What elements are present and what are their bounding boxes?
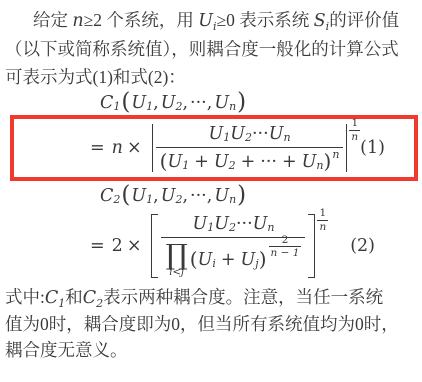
left-paren: (	[121, 91, 130, 114]
ellipsis: ···	[190, 186, 207, 206]
var-U: U	[253, 214, 268, 234]
plus-sign: +	[221, 250, 236, 270]
exponent-denominator: n − 1	[269, 246, 302, 259]
intro-text: ≥2 个系统，用	[84, 10, 199, 30]
note-text: 表示两种耦合度。注意，当任一系统	[103, 287, 383, 307]
right-paren: )	[324, 151, 332, 171]
equation-1-label: (1)	[360, 138, 385, 158]
product-limits: i<j	[169, 268, 184, 278]
intro-line-1: 给定 n≥2 个系统，用 Ui≥0 表示系统 Si的评价值	[0, 0, 422, 35]
ellipsis: ···	[190, 93, 207, 113]
right-paren: )	[259, 249, 267, 269]
var-U: U	[302, 152, 317, 172]
times-sign: ×	[127, 236, 142, 256]
var-C: C	[100, 93, 113, 113]
intro-text: 给定	[33, 10, 72, 30]
intro-line-3: 可表示为式(1)和式(2)：	[0, 63, 422, 91]
note-text: 式中:	[5, 287, 45, 307]
constant-2: 2	[112, 236, 123, 256]
right-bracket	[346, 124, 347, 172]
subscript-i: i	[213, 20, 217, 33]
left-paren: (	[160, 151, 168, 171]
exponent-numerator: 1	[349, 117, 360, 130]
eq1-numerator: U1U2···Un	[202, 124, 296, 147]
intro-text: 的评价值	[329, 10, 399, 30]
plus-sign: +	[194, 152, 209, 172]
var-U: U	[269, 124, 284, 144]
eq2-fraction: U1U2···Un ∏i<j(Ui+Uj)2n − 1	[161, 214, 305, 278]
highlight-box: = n × U1U2···Un (U1+U2+···+Un)n 1n (1)	[10, 115, 418, 181]
comma: ,	[182, 186, 188, 206]
var-U: U	[198, 250, 213, 270]
note-text: 和	[65, 287, 83, 307]
subscript-1: 1	[58, 297, 65, 310]
eq1-denominator: (U1+U2+···+Un)n	[156, 147, 344, 172]
times-sign: ×	[127, 138, 142, 158]
comma: ,	[153, 186, 159, 206]
left-paren: (	[121, 184, 130, 207]
var-C: C	[83, 288, 96, 308]
var-U: U	[161, 93, 176, 113]
equals-sign: =	[90, 236, 105, 256]
intro-text: ≥0 表示系统	[217, 10, 314, 30]
equation-1: = n × U1U2···Un (U1+U2+···+Un)n 1n (1)	[90, 124, 414, 172]
var-U: U	[214, 214, 229, 234]
right-paren: )	[237, 184, 246, 207]
exponent-numerator: 1	[317, 207, 328, 220]
equation-1-lhs: C1(U1,U2,···,Un)	[100, 91, 422, 115]
var-U: U	[230, 124, 245, 144]
equation-2-lhs: C2(U1,U2,···,Un)	[100, 184, 422, 208]
comma: ,	[207, 93, 213, 113]
document-page: 给定 n≥2 个系统，用 Ui≥0 表示系统 Si的评价值 （以下或简称系统值）…	[0, 0, 422, 382]
ellipsis: ···	[236, 214, 253, 234]
plus-sign: +	[241, 152, 256, 172]
outer-exponent-1-over-n: 1n	[317, 207, 328, 233]
var-U: U	[214, 152, 229, 172]
product-symbol: ∏	[165, 242, 187, 267]
denominator-exponent-2-over-n-1: 2n − 1	[269, 234, 302, 259]
exponent-numerator: 2	[280, 234, 291, 246]
ellipsis: ···	[260, 152, 277, 172]
var-U: U	[214, 93, 229, 113]
left-bracket	[152, 124, 153, 172]
eq2-numerator: U1U2···Un	[186, 214, 280, 237]
var-U: U	[198, 11, 213, 31]
var-U: U	[131, 186, 146, 206]
equals-sign: =	[90, 138, 105, 158]
subscript-i: i	[326, 20, 330, 33]
comma: ,	[182, 93, 188, 113]
var-U: U	[167, 152, 182, 172]
comma: ,	[153, 93, 159, 113]
product-operator: ∏i<j	[165, 242, 187, 278]
var-U: U	[241, 250, 256, 270]
var-U: U	[131, 93, 146, 113]
note-line-1: 式中:C1和C2表示两种耦合度。注意，当任一系统	[0, 284, 422, 311]
var-n: n	[72, 11, 83, 31]
equation-2: = 2 × U1U2···Un ∏i<j(Ui+Uj)2n − 1 1n (2)	[90, 214, 422, 278]
right-bracket	[308, 214, 315, 278]
var-S: S	[314, 11, 326, 31]
plus-sign: +	[282, 152, 297, 172]
var-U: U	[192, 214, 207, 234]
intro-line-2: （以下或简称系统值），则耦合度一般化的计算公式	[0, 35, 422, 63]
comma: ,	[207, 186, 213, 206]
right-paren: )	[237, 91, 246, 114]
var-U: U	[214, 186, 229, 206]
var-U: U	[208, 124, 223, 144]
equation-2-label: (2)	[350, 236, 375, 256]
left-bracket	[151, 214, 158, 278]
var-C: C	[45, 288, 58, 308]
outer-exponent-1-over-n: 1n	[349, 117, 360, 143]
eq2-denominator: ∏i<j(Ui+Uj)2n − 1	[161, 237, 305, 278]
eq1-fraction: U1U2···Un (U1+U2+···+Un)n	[156, 124, 344, 172]
note-line-2: 值为0时，耦合度即为0，但当所有系统值均为0时，	[0, 311, 422, 337]
exponent-denominator: n	[317, 220, 328, 234]
note-line-3: 耦合度无意义。	[0, 337, 422, 363]
ellipsis: ···	[252, 124, 269, 144]
var-n: n	[112, 138, 123, 158]
exponent-denominator: n	[349, 130, 360, 144]
left-paren: (	[190, 249, 198, 269]
var-C: C	[100, 186, 113, 206]
var-U: U	[161, 186, 176, 206]
subscript-2: 2	[96, 297, 103, 310]
